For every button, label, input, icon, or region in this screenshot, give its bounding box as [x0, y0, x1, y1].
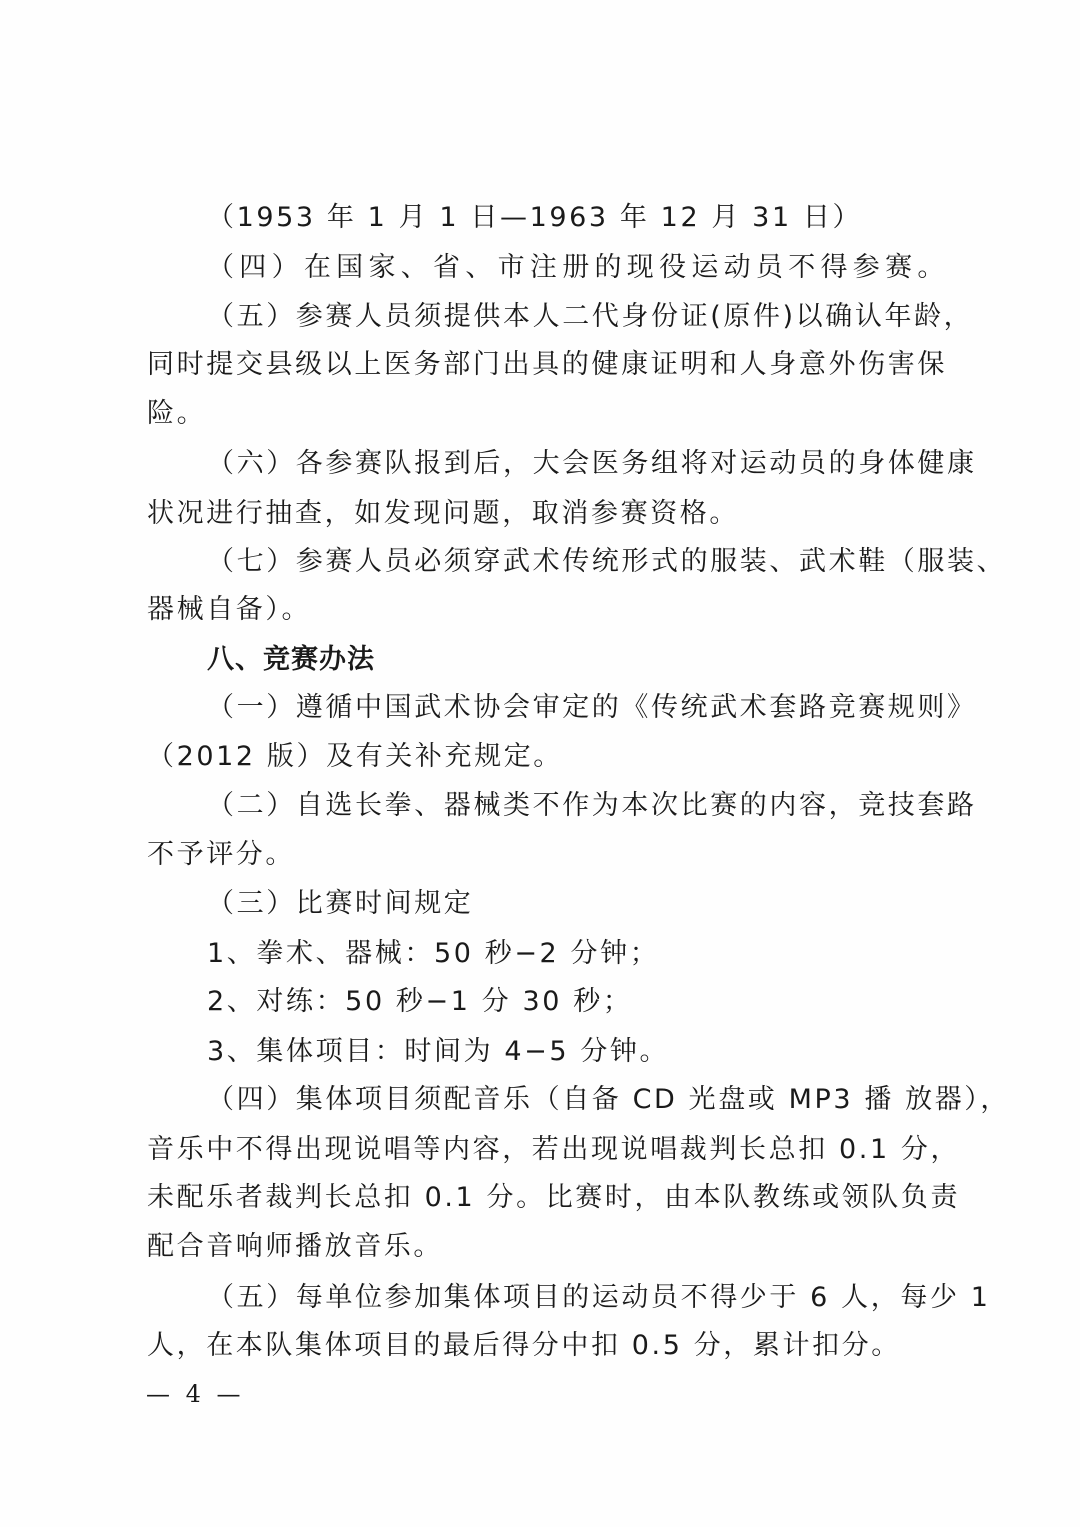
rule-item-7-line-2: 器械自备）。 [147, 590, 947, 630]
time-rule-2: 2、对练：50 秒−1 分 30 秒； [207, 982, 1007, 1022]
method-item-4-line-2: 音乐中不得出现说唱等内容，若出现说唱裁判长总扣 0.1 分， [147, 1130, 947, 1170]
document-page: （1953 年 1 月 1 日—1963 年 12 月 31 日） （四）在国家… [0, 0, 1080, 1527]
rule-item-5-line-1: （五）参赛人员须提供本人二代身份证(原件)以确认年龄， [207, 297, 947, 337]
rule-item-6-line-2: 状况进行抽查，如发现问题，取消参赛资格。 [147, 494, 947, 534]
method-item-4-line-1: （四）集体项目须配音乐（自备 CD 光盘或 MP3 播 放器）， [207, 1080, 952, 1120]
rule-item-5-line-3: 险。 [147, 394, 947, 434]
section-heading-competition-method: 八、竞赛办法 [207, 640, 1007, 680]
rule-item-4: （四）在国家、省、市注册的现役运动员不得参赛。 [207, 248, 947, 288]
method-item-4-line-3: 未配乐者裁判长总扣 0.1 分。比赛时，由本队教练或领队负责 [147, 1178, 947, 1218]
method-item-1-line-2: （2012 版）及有关补充规定。 [147, 737, 947, 777]
method-item-1-line-1: （一）遵循中国武术协会审定的《传统武术套路竞赛规则》 [207, 688, 947, 728]
birth-date-range: （1953 年 1 月 1 日—1963 年 12 月 31 日） [207, 198, 1007, 238]
rule-item-7-line-1: （七）参赛人员必须穿武术传统形式的服装、武术鞋（服装、 [207, 542, 947, 582]
rule-item-5-line-2: 同时提交县级以上医务部门出具的健康证明和人身意外伤害保 [147, 345, 947, 385]
method-item-5-line-2: 人，在本队集体项目的最后得分中扣 0.5 分，累计扣分。 [147, 1326, 947, 1366]
method-item-4-line-4: 配合音响师播放音乐。 [147, 1227, 947, 1267]
method-item-5-line-1: （五）每单位参加集体项目的运动员不得少于 6 人，每少 1 [207, 1278, 947, 1318]
method-item-2-line-1: （二）自选长拳、器械类不作为本次比赛的内容，竞技套路 [207, 786, 947, 826]
method-item-3-heading: （三）比赛时间规定 [207, 884, 1007, 924]
time-rule-3: 3、集体项目：时间为 4−5 分钟。 [207, 1032, 1007, 1072]
page-number: — 4 — [146, 1376, 245, 1412]
method-item-2-line-2: 不予评分。 [147, 835, 947, 875]
time-rule-1: 1、拳术、器械：50 秒−2 分钟； [207, 934, 1007, 974]
rule-item-6-line-1: （六）各参赛队报到后，大会医务组将对运动员的身体健康 [207, 444, 947, 484]
